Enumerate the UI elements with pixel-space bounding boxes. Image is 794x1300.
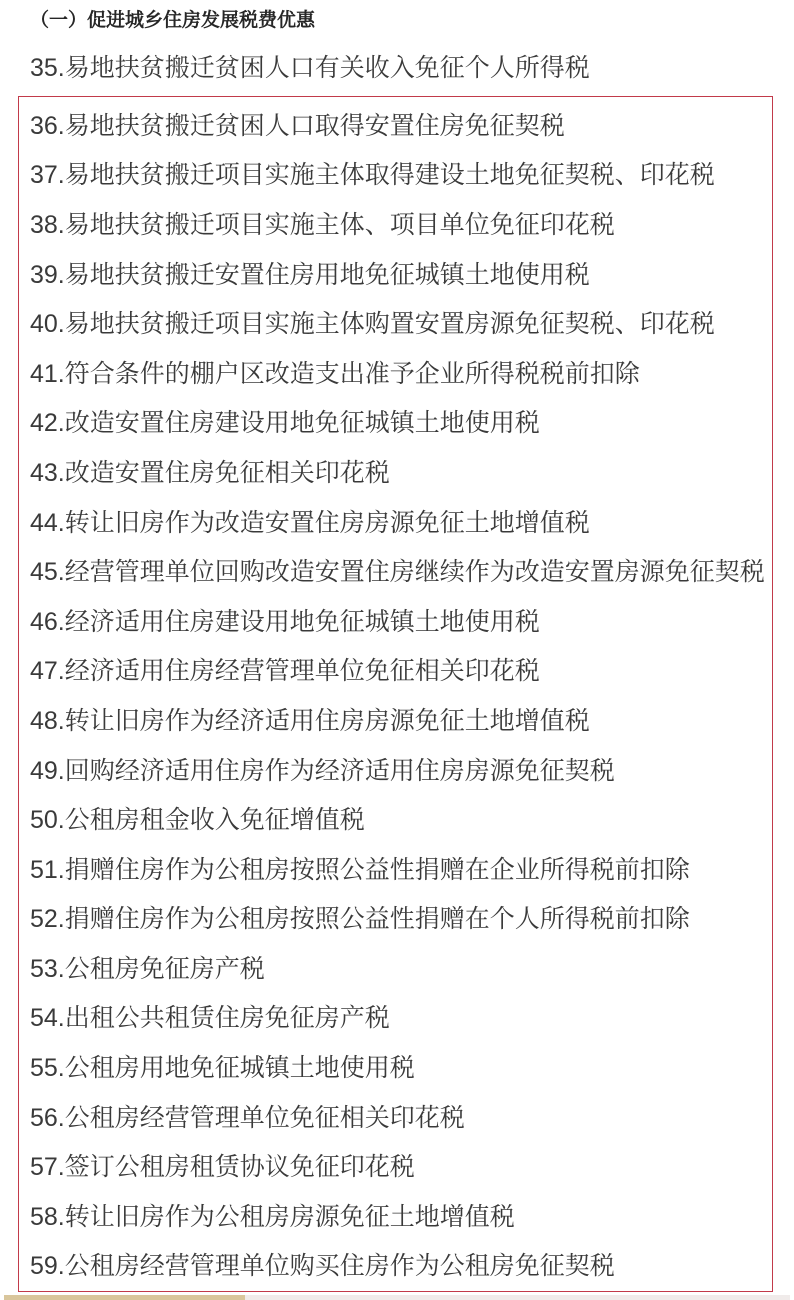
list-item: 49.回购经济适用住房作为经济适用住房房源免征契税 [30, 744, 772, 794]
list-item: 42.改造安置住房建设用地免征城镇土地使用税 [30, 397, 772, 447]
list-item: 43.改造安置住房免征相关印花税 [30, 446, 772, 496]
list-item-35: 35.易地扶贫搬迁贫困人口有关收入免征个人所得税 [30, 38, 794, 94]
list-item: 50.公租房租金收入免征增值税 [30, 793, 772, 843]
list-item: 52.捐赠住房作为公租房按照公益性捐赠在个人所得税前扣除 [30, 893, 772, 943]
list-item: 38.易地扶贫搬迁项目实施主体、项目单位免征印花税 [30, 198, 772, 248]
list-item: 57.签订公租房租赁协议免征印花税 [30, 1140, 772, 1190]
list-item: 58.转让旧房作为公租房房源免征土地增值税 [30, 1190, 772, 1240]
list-item: 40.易地扶贫搬迁项目实施主体购置安置房源免征契税、印花税 [30, 297, 772, 347]
list-item: 53.公租房免征房产税 [30, 942, 772, 992]
list-item: 47.经济适用住房经营管理单位免征相关印花税 [30, 645, 772, 695]
list-item: 37.易地扶贫搬迁项目实施主体取得建设土地免征契税、印花税 [30, 149, 772, 199]
strip-gray-segment [245, 1295, 790, 1300]
list-item: 36.易地扶贫搬迁贫困人口取得安置住房免征契税 [30, 99, 772, 149]
partial-next-row-strip [0, 1295, 794, 1300]
list-item: 39.易地扶贫搬迁安置住房用地免征城镇土地使用税 [30, 248, 772, 298]
highlighted-items-box: 36.易地扶贫搬迁贫困人口取得安置住房免征契税 37.易地扶贫搬迁项目实施主体取… [18, 96, 773, 1292]
list-item: 46.经济适用住房建设用地免征城镇土地使用税 [30, 595, 772, 645]
list-item: 51.捐赠住房作为公租房按照公益性捐赠在企业所得税前扣除 [30, 843, 772, 893]
list-item: 54.出租公共租赁住房免征房产税 [30, 992, 772, 1042]
section-heading: （一）促进城乡住房发展税费优惠 [30, 9, 794, 32]
list-item: 55.公租房用地免征城镇土地使用税 [30, 1041, 772, 1091]
list-item: 44.转让旧房作为改造安置住房房源免征土地增值税 [30, 496, 772, 546]
strip-tan-segment [4, 1295, 245, 1300]
list-item: 45.经营管理单位回购改造安置住房继续作为改造安置房源免征契税 [30, 545, 772, 595]
list-item: 41.符合条件的棚户区改造支出准予企业所得税税前扣除 [30, 347, 772, 397]
list-item: 59.公租房经营管理单位购买住房作为公租房免征契税 [30, 1240, 772, 1290]
list-item: 56.公租房经营管理单位免征相关印花税 [30, 1091, 772, 1141]
list-item: 48.转让旧房作为经济适用住房房源免征土地增值税 [30, 694, 772, 744]
